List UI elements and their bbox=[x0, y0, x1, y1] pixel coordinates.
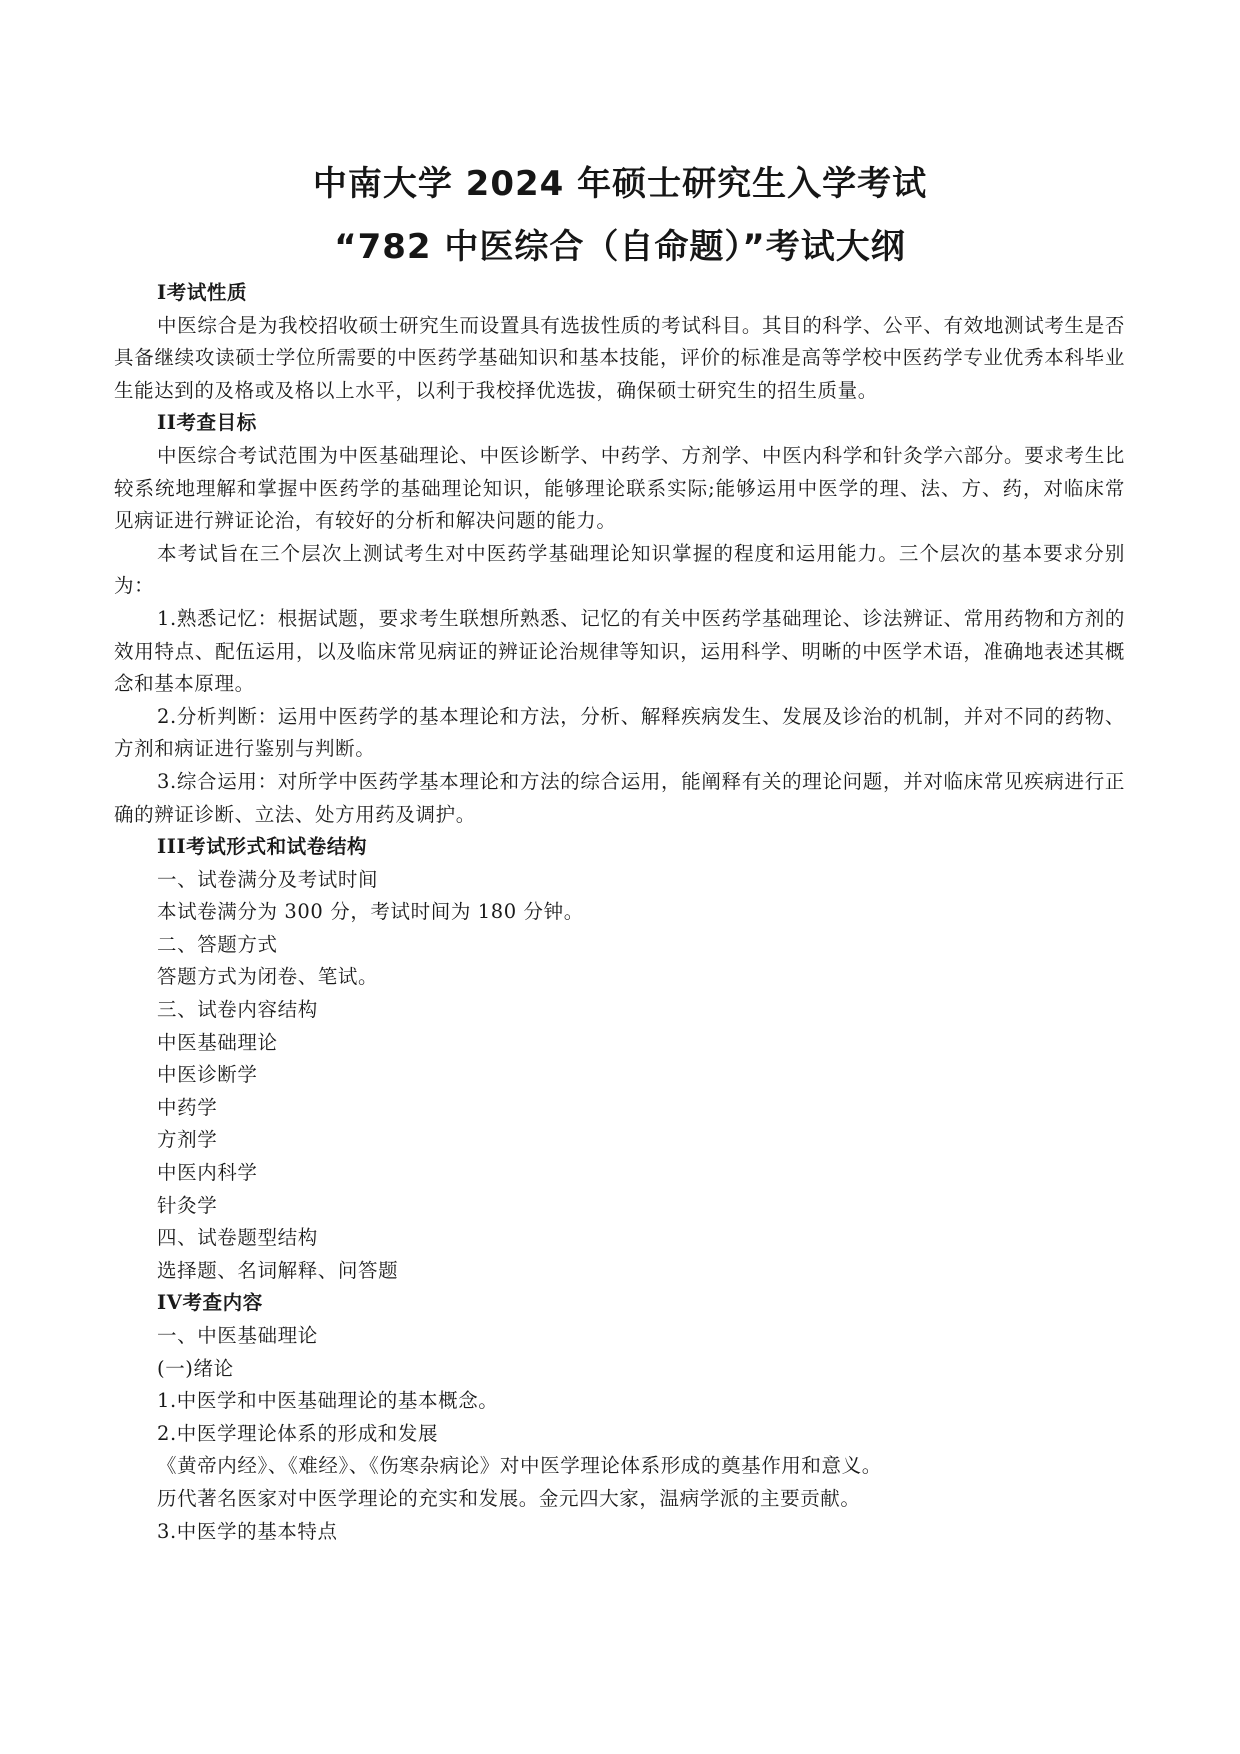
list-line: 《黄帝内经》、《难经》、《伤寒杂病论》对中医学理论体系形成的奠基作用和意义。 bbox=[114, 1450, 1125, 1483]
paragraph-level-application: 3.综合运用：对所学中医药学基本理论和方法的综合运用，能阐释有关的理论问题，并对… bbox=[114, 766, 1125, 831]
list-line: 3.中医学的基本特点 bbox=[114, 1516, 1125, 1549]
document-page: 中南大学 2024 年硕士研究生入学考试 “782 中医综合（自命题）”考试大纲… bbox=[0, 0, 1240, 1754]
list-line: 中药学 bbox=[114, 1092, 1125, 1125]
list-line: 答题方式为闭卷、笔试。 bbox=[114, 961, 1125, 994]
paragraph-level-analysis: 2.分析判断：运用中医药学的基本理论和方法，分析、解释疾病发生、发展及诊治的机制… bbox=[114, 701, 1125, 766]
list-line: 选择题、名词解释、问答题 bbox=[114, 1255, 1125, 1288]
section-heading-content: IV考查内容 bbox=[114, 1287, 1125, 1320]
document-title-line-2: “782 中医综合（自命题）”考试大纲 bbox=[0, 227, 1240, 267]
list-line: 一、试卷满分及考试时间 bbox=[114, 864, 1125, 897]
list-line: 历代著名医家对中医学理论的充实和发展。金元四大家，温病学派的主要贡献。 bbox=[114, 1483, 1125, 1516]
paragraph-three-levels: 本考试旨在三个层次上测试考生对中医药学基础理论知识掌握的程度和运用能力。三个层次… bbox=[114, 538, 1125, 603]
list-line: 一、中医基础理论 bbox=[114, 1320, 1125, 1353]
list-line: 二、答题方式 bbox=[114, 929, 1125, 962]
list-line: 2.中医学理论体系的形成和发展 bbox=[114, 1418, 1125, 1451]
section-heading-format: III考试形式和试卷结构 bbox=[114, 831, 1125, 864]
document-body: I考试性质 中医综合是为我校招收硕士研究生而设置具有选拔性质的考试科目。其目的科… bbox=[114, 277, 1125, 1548]
list-line: 中医基础理论 bbox=[114, 1027, 1125, 1060]
paragraph-level-memory: 1.熟悉记忆：根据试题，要求考生联想所熟悉、记忆的有关中医药学基础理论、诊法辨证… bbox=[114, 603, 1125, 701]
paragraph-exam-scope: 中医综合考试范围为中医基础理论、中医诊断学、中药学、方剂学、中医内科学和针灸学六… bbox=[114, 440, 1125, 538]
list-line: 1.中医学和中医基础理论的基本概念。 bbox=[114, 1385, 1125, 1418]
list-line: 本试卷满分为 300 分，考试时间为 180 分钟。 bbox=[114, 896, 1125, 929]
section-heading-objectives: II考查目标 bbox=[114, 407, 1125, 440]
list-line: 中医内科学 bbox=[114, 1157, 1125, 1190]
list-line: 方剂学 bbox=[114, 1124, 1125, 1157]
section-heading-nature: I考试性质 bbox=[114, 277, 1125, 310]
list-line: 三、试卷内容结构 bbox=[114, 994, 1125, 1027]
list-line: (一)绪论 bbox=[114, 1353, 1125, 1386]
list-line: 四、试卷题型结构 bbox=[114, 1222, 1125, 1255]
document-title-line-1: 中南大学 2024 年硕士研究生入学考试 bbox=[0, 164, 1240, 204]
list-line: 针灸学 bbox=[114, 1190, 1125, 1223]
paragraph-exam-nature: 中医综合是为我校招收硕士研究生而设置具有选拔性质的考试科目。其目的科学、公平、有… bbox=[114, 310, 1125, 408]
list-line: 中医诊断学 bbox=[114, 1059, 1125, 1092]
